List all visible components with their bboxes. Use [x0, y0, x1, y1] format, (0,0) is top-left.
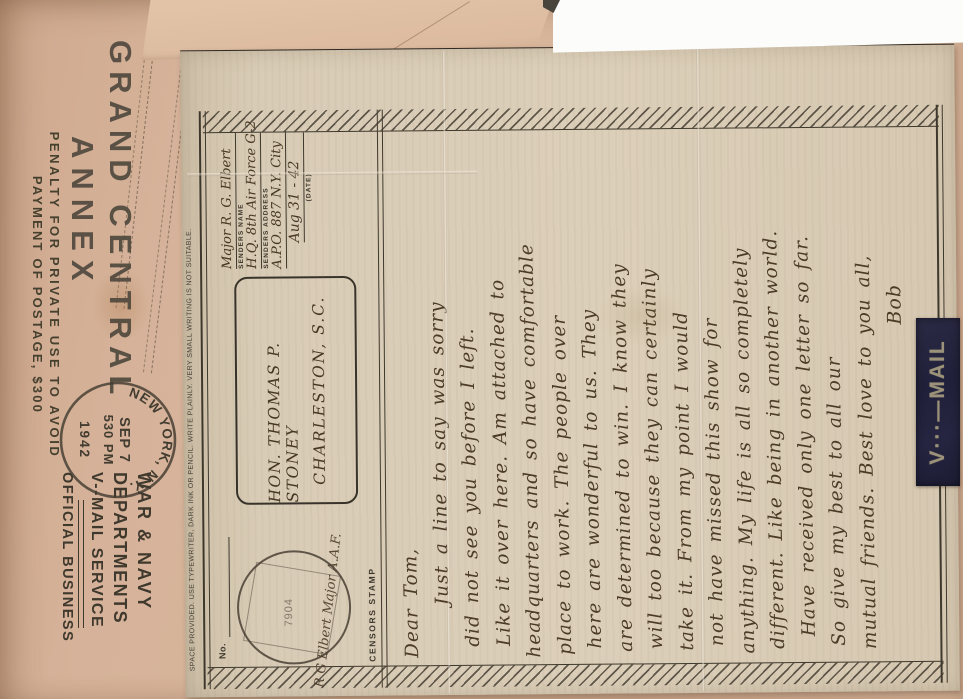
form-border: No. 7904 R G Elbert Major A.A.F. CENSORS… [199, 105, 948, 689]
postmark-year: 1942 [77, 421, 92, 459]
postmark-stamp: NEW YORK, N.Y. SEP 7 530 PM 1942 [56, 378, 180, 502]
dept-rule [78, 500, 84, 628]
letter-body: Dear Tom, Just a line to say was sorry d… [388, 126, 917, 664]
date-label: (DATE) [305, 132, 313, 242]
header-separator-rule [377, 110, 388, 688]
postmark-date: SEP 7 [116, 417, 132, 463]
postmark: NEW YORK, N.Y. SEP 7 530 PM 1942 [56, 378, 180, 502]
vmail-letter-sheet: SPACE PROVIDED. USE TYPEWRITER, DARK INK… [180, 44, 960, 698]
sender-block: Major R. G. Elbert SENDERS NAME H.Q. 8th… [219, 132, 313, 269]
letter-signature: Bob [876, 126, 910, 325]
vmail-form: SPACE PROVIDED. USE TYPEWRITER, DARK INK… [180, 45, 960, 698]
addressee-name: HON. THOMAS P. STONEY [264, 278, 302, 502]
sender-address2-value: A.P.O. 887 N.Y. City [269, 132, 285, 268]
date-value: Aug 31 - 42 [286, 132, 303, 242]
addressee-city: CHARLESTON, S.C. [309, 296, 329, 485]
dept-line3: V--MAIL SERVICE [87, 472, 105, 688]
form-instructions: SPACE PROVIDED. USE TYPEWRITER, DARK INK… [184, 71, 196, 671]
sender-name-value: Major R. G. Elbert [219, 133, 235, 269]
war-navy-departments-marking: WAR & NAVY DEPARTMENTS V--MAIL SERVICE O… [28, 472, 154, 688]
dept-line2: DEPARTMENTS [109, 472, 130, 688]
vmail-label-text: V···—MAIL [926, 339, 950, 464]
addressee-box: HON. THOMAS P. STONEY CHARLESTON, S.C. [234, 276, 358, 505]
svg-text:NEW YORK, N.Y.: NEW YORK, N.Y. [127, 385, 175, 496]
penalty-line2: PAYMENT OF POSTAGE, $300 [30, 80, 45, 510]
censors-stamp-label: CENSORS STAMP [367, 567, 378, 661]
postmark-time: 530 PM [101, 415, 116, 466]
vmail-label: V···—MAIL [916, 318, 960, 486]
censor-stamp-number: 7904 [283, 598, 295, 627]
postmark-city: NEW YORK, N.Y. [127, 385, 175, 496]
dept-line1: WAR & NAVY [133, 472, 154, 688]
paper-stain [596, 286, 686, 346]
border-rule-top [199, 111, 211, 689]
form-no-label: No. [217, 643, 227, 659]
sender-address1-value: H.Q. 8th Air Force G-2 [244, 133, 260, 269]
dept-line4: OFFICIAL BUSINESS [59, 472, 75, 688]
form-no-line [228, 537, 230, 637]
scanned-vmail-document: PENALTY FOR PRIVATE USE TO AVOID PAYMENT… [0, 0, 963, 699]
